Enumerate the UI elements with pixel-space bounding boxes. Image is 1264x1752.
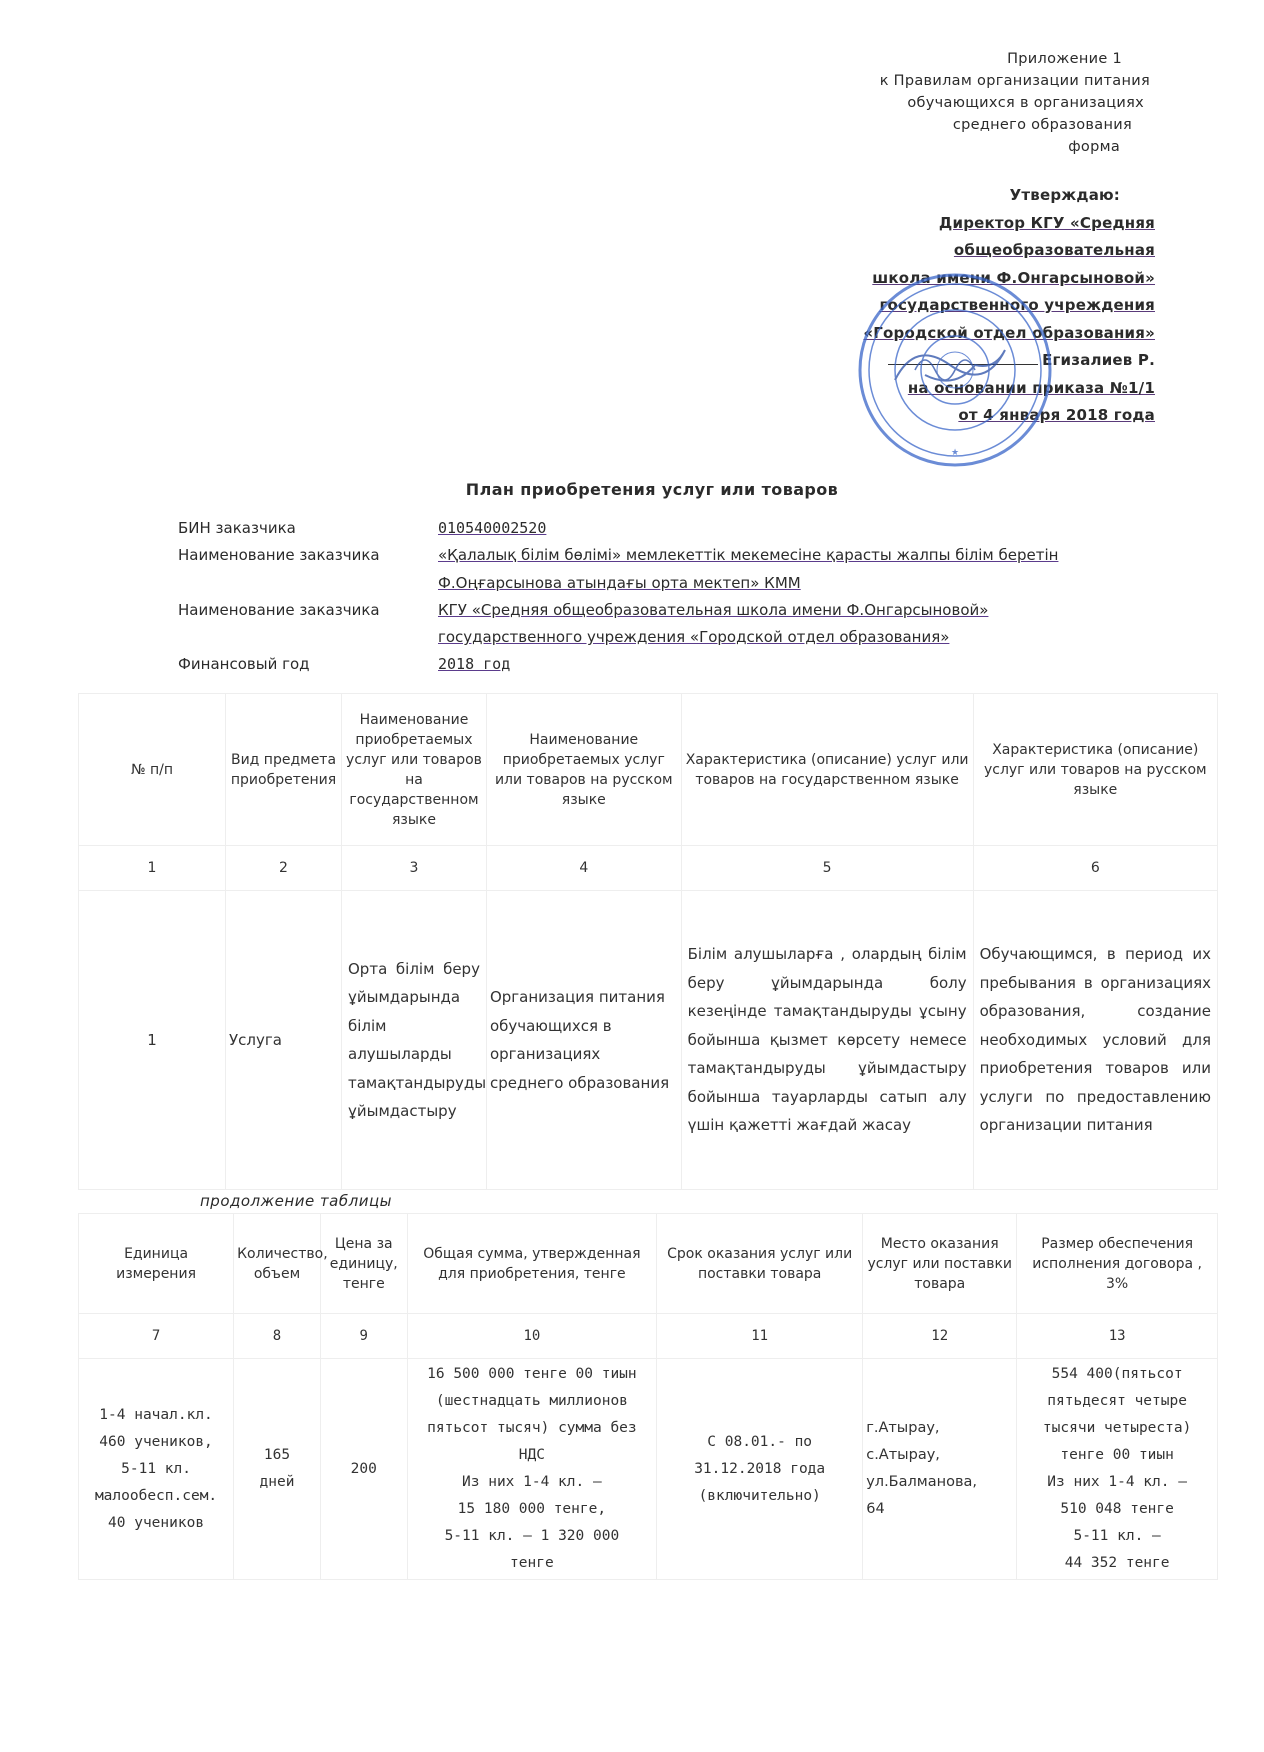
cell-line: 5-11 кл. – [1020, 1523, 1214, 1550]
cell-line: ул.Балманова, [866, 1469, 1013, 1496]
column-number: 1 [79, 846, 226, 891]
cell-line: 5-11 кл. – 1 320 000 [411, 1523, 653, 1550]
cell-line: 15 180 000 тенге, [411, 1496, 653, 1523]
cell-line: пятьсот тысяч) сумма без [411, 1415, 653, 1442]
column-number: 6 [973, 846, 1217, 891]
column-number: 11 [657, 1314, 863, 1359]
field-value: 2018 год [438, 655, 510, 673]
column-number: 3 [342, 846, 487, 891]
approval-block: Утверждаю: Директор КГУ «Средняя общеобр… [760, 182, 1155, 430]
field-value: «Қалалық білім бөлімі» мемлекеттік мекем… [438, 546, 1058, 564]
column-number: 10 [407, 1314, 656, 1359]
field-value: 010540002520 [438, 519, 546, 537]
cell-line: 40 учеников [82, 1510, 230, 1537]
cell-line: г.Атырау, [866, 1415, 1013, 1442]
cell-line: 510 048 тенге [1020, 1496, 1214, 1523]
cell-line: 1-4 начал.кл. [82, 1402, 230, 1429]
column-header: Место оказания услуг или поставки товара [863, 1214, 1017, 1314]
appendix-line: среднего образования [780, 114, 1150, 136]
column-header: Срок оказания услуг или поставки товара [657, 1214, 863, 1314]
column-number-row: 7 8 9 10 11 12 13 [79, 1314, 1218, 1359]
row-number: 1 [79, 891, 226, 1190]
procurement-type: Услуга [226, 891, 342, 1190]
appendix-line: к Правилам организации питания [780, 70, 1150, 92]
approval-line: государственного учреждения [760, 292, 1155, 320]
cell-line: НДС [411, 1442, 653, 1469]
column-header: Наименование приобретаемых услуг или тов… [486, 694, 681, 846]
cell-line: дней [237, 1469, 317, 1496]
approval-line: Директор КГУ «Средняя [760, 210, 1155, 238]
procurement-table-part2: Единица измерения Количество, объем Цена… [78, 1213, 1218, 1580]
unit-price: 200 [320, 1359, 407, 1580]
approval-line: на основании приказа №1/1 [760, 375, 1155, 403]
field-label: Наименование заказчика [178, 542, 438, 597]
table-header-row: Единица измерения Количество, объем Цена… [79, 1214, 1218, 1314]
approval-line: от 4 января 2018 года [760, 402, 1155, 430]
field-fiscal-year: Финансовый год 2018 год [178, 651, 1058, 678]
service-place: г.Атырау, с.Атырау, ул.Балманова, 64 [863, 1359, 1017, 1580]
appendix-line: Приложение 1 [780, 48, 1150, 70]
cell-line: С 08.01.- по [660, 1429, 859, 1456]
cell-line: с.Атырау, [866, 1442, 1013, 1469]
cell-line: (включительно) [660, 1483, 859, 1510]
approval-heading: Утверждаю: [760, 182, 1155, 210]
table-row: 1 Услуга Орта білім беру ұйымдарында біл… [79, 891, 1218, 1190]
contract-security: 554 400(пятьсот пятьдесят четыре тысячи … [1017, 1359, 1218, 1580]
unit-of-measure: 1-4 начал.кл. 460 учеников, 5-11 кл. мал… [79, 1359, 234, 1580]
column-header: Общая сумма, утвержденная для приобретен… [407, 1214, 656, 1314]
cell-line: 165 [237, 1442, 317, 1469]
approval-line: общеобразовательная [760, 237, 1155, 265]
column-header: Цена за единицу, тенге [320, 1214, 407, 1314]
cell-line: 460 учеников, [82, 1429, 230, 1456]
document-title: План приобретения услуг или товаров [0, 480, 1264, 499]
cell-line: тенге 00 тиын [1020, 1442, 1214, 1469]
field-label: Наименование заказчика [178, 597, 438, 652]
cell-line: 16 500 000 тенге 00 тиын [411, 1361, 653, 1388]
procurement-table-part1: № п/п Вид предмета приобретения Наименов… [78, 693, 1218, 1190]
service-term: С 08.01.- по 31.12.2018 года (включитель… [657, 1359, 863, 1580]
total-amount: 16 500 000 тенге 00 тиын (шестнадцать ми… [407, 1359, 656, 1580]
cell-line: тенге [411, 1550, 653, 1577]
name-kz: Орта білім беру ұйымдарында білім алушыл… [342, 891, 487, 1190]
description-ru: Обучающимся, в период их пребывания в ор… [973, 891, 1217, 1190]
approval-signature-line: Егизалиев Р. [760, 347, 1155, 375]
quantity: 165 дней [234, 1359, 321, 1580]
cell-line: 64 [866, 1496, 1013, 1523]
column-number: 2 [226, 846, 342, 891]
column-number: 12 [863, 1314, 1017, 1359]
appendix-header: Приложение 1 к Правилам организации пита… [780, 48, 1150, 158]
cell-line: 31.12.2018 года [660, 1456, 859, 1483]
column-number: 9 [320, 1314, 407, 1359]
cell-line: малообесп.сем. [82, 1483, 230, 1510]
cell-line: 554 400(пятьсот [1020, 1361, 1214, 1388]
field-label: Финансовый год [178, 651, 438, 678]
appendix-line: форма [780, 136, 1150, 158]
name-ru: Организация питания обучающихся в органи… [486, 891, 681, 1190]
column-header: Наименование приобретаемых услуг или тов… [342, 694, 487, 846]
column-number: 5 [681, 846, 973, 891]
column-number: 4 [486, 846, 681, 891]
cell-line: пятьдесят четыре [1020, 1388, 1214, 1415]
column-number: 8 [234, 1314, 321, 1359]
field-bin: БИН заказчика 010540002520 [178, 515, 1058, 542]
cell-line: 44 352 тенге [1020, 1550, 1214, 1577]
appendix-line: обучающихся в организациях [780, 92, 1150, 114]
field-value: Ф.Оңғарсынова атындағы орта мектеп» КММ [438, 574, 801, 592]
column-number-row: 1 2 3 4 5 6 [79, 846, 1218, 891]
column-header: Размер обеспечения исполнения договора ,… [1017, 1214, 1218, 1314]
field-customer-name-ru: Наименование заказчика КГУ «Средняя обще… [178, 597, 1058, 652]
field-value: КГУ «Средняя общеобразовательная школа и… [438, 601, 988, 619]
cell-line: 5-11 кл. [82, 1456, 230, 1483]
cell-line: тысячи четыреста) [1020, 1415, 1214, 1442]
cell-line: (шестнадцать миллионов [411, 1388, 653, 1415]
column-header: Единица измерения [79, 1214, 234, 1314]
table-row: 1-4 начал.кл. 460 учеников, 5-11 кл. мал… [79, 1359, 1218, 1580]
director-name: Егизалиев Р. [1042, 351, 1155, 369]
table-continuation-label: продолжение таблицы [200, 1192, 392, 1210]
description-kz: Білім алушыларға , олардың білім беру ұй… [681, 891, 973, 1190]
column-header: Количество, объем [234, 1214, 321, 1314]
field-customer-name-kz: Наименование заказчика «Қалалық білім бө… [178, 542, 1058, 597]
approval-line: «Городской отдел образования» [760, 320, 1155, 348]
cell-line: Из них 1-4 кл. – [1020, 1469, 1214, 1496]
column-number: 7 [79, 1314, 234, 1359]
column-header: Характеристика (описание) услуг или това… [681, 694, 973, 846]
column-header: Вид предмета приобретения [226, 694, 342, 846]
cell-line: Из них 1-4 кл. – [411, 1469, 653, 1496]
column-header: № п/п [79, 694, 226, 846]
svg-text:★: ★ [951, 448, 959, 458]
column-number: 13 [1017, 1314, 1218, 1359]
field-value: государственного учреждения «Городской о… [438, 628, 949, 646]
customer-info: БИН заказчика 010540002520 Наименование … [178, 515, 1058, 679]
table-header-row: № п/п Вид предмета приобретения Наименов… [79, 694, 1218, 846]
column-header: Характеристика (описание) услуг или това… [973, 694, 1217, 846]
field-label: БИН заказчика [178, 515, 438, 542]
approval-line: школа имени Ф.Онгарсыновой» [760, 265, 1155, 293]
